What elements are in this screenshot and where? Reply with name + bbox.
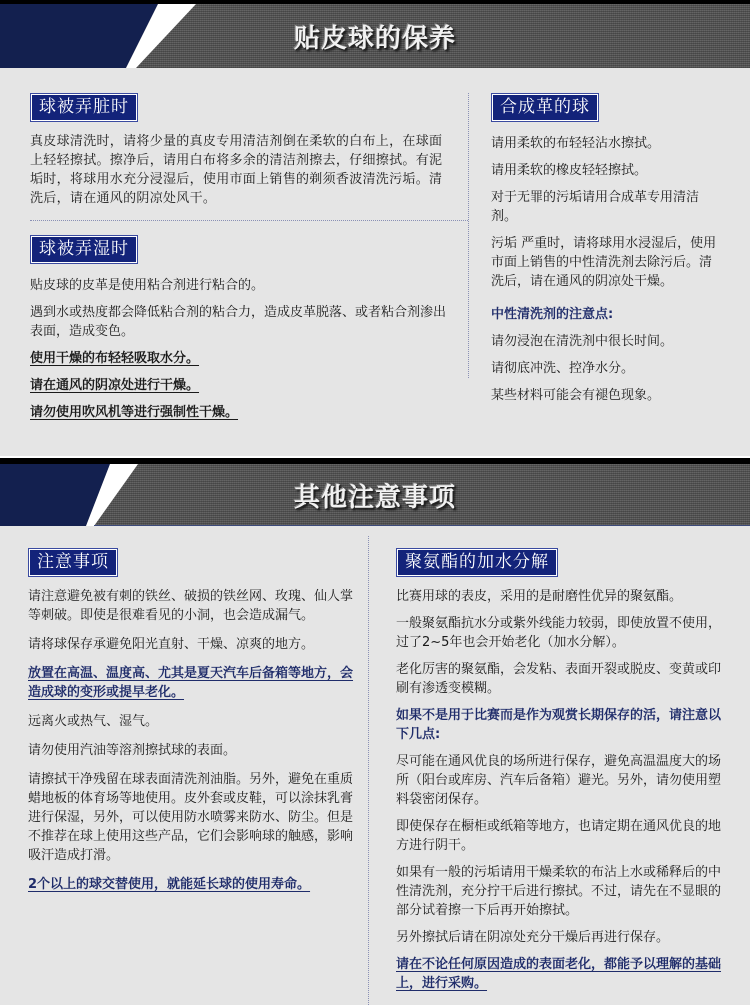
precaution-4: 远离火或热气、湿气。 — [28, 712, 353, 731]
banner-title: 贴皮球的保养 — [0, 4, 750, 68]
divider-vertical — [468, 93, 469, 378]
precaution-3: 放置在高温、温度高、尤其是夏天汽车后备箱等地方，会造成球的变形或提早老化。 — [28, 664, 353, 702]
divider-vertical — [368, 536, 369, 1005]
pu-paragraph-8: 另外擦拭后请在阴凉处充分干燥后再进行保存。 — [396, 928, 726, 947]
section-other-body: 注意事项 请注意避免被有刺的铁丝、破损的铁丝网、玫瑰、仙人掌等刺破。即使是很难看… — [0, 526, 750, 1005]
other-left-column: 注意事项 请注意避免被有刺的铁丝、破损的铁丝网、玫瑰、仙人掌等刺破。即使是很难看… — [28, 548, 353, 894]
care-left-column-2: 球被弄湿时 贴皮球的皮革是使用粘合剂进行粘合的。 遇到水或热度都会降低粘合剂的粘… — [30, 235, 450, 422]
pu-paragraph-2: 一般聚氨酯抗水分或紫外线能力较弱，即使放置不使用，过了2~5年也会开始老化（加水… — [396, 614, 726, 652]
block-wet: 球被弄湿时 贴皮球的皮革是使用粘合剂进行粘合的。 遇到水或热度都会降低粘合剂的粘… — [30, 235, 450, 422]
section-banner-care: 贴皮球的保养 — [0, 0, 750, 68]
care-left-column: 球被弄脏时 真皮球清洗时，请将少量的真皮专用清洁剂倒在柔软的白布上，在球面上轻轻… — [30, 93, 450, 208]
wet-tip-no-hairdryer: 请勿使用吹风机等进行强制性干燥。 — [30, 403, 450, 422]
divider-horizontal — [30, 220, 468, 221]
wet-tip-dry-cloth: 使用干燥的布轻轻吸取水分。 — [30, 349, 450, 368]
tag-polyurethane-hydrolysis: 聚氨酯的加水分解 — [396, 548, 558, 577]
wet-paragraph-2: 遇到水或热度都会降低粘合剂的粘合力，造成皮革脱落、或者粘合剂渗出表面，造成变色。 — [30, 303, 450, 341]
synthetic-paragraph-3: 对于无罪的污垢请用合成革专用清洁剂。 — [491, 188, 721, 226]
other-right-column: 聚氨酯的加水分解 比赛用球的表皮，采用的是耐磨性优异的聚氨酯。 一般聚氨酯抗水分… — [396, 548, 726, 993]
tag-precautions: 注意事项 — [28, 548, 118, 577]
pu-paragraph-7: 如果有一般的污垢请用干燥柔软的布沾上水或稀释后的中性清洗剂，充分拧干后进行擦拭。… — [396, 863, 726, 920]
tag-ball-dirty: 球被弄脏时 — [30, 93, 138, 122]
dirty-paragraph: 真皮球清洗时，请将少量的真皮专用清洁剂倒在柔软的白布上，在球面上轻轻擦拭。擦净后… — [30, 132, 450, 208]
pu-paragraph-5: 尽可能在通风优良的场所进行保存，避免高温温度大的场所（阳台或库房、汽车后备箱）避… — [396, 752, 726, 809]
precaution-6: 请擦拭干净残留在球表面清洗剂油脂。另外，避免在重质蜡地板的体育场等地使用。皮外套… — [28, 770, 353, 865]
section-banner-other: 其他注意事项 — [0, 458, 750, 526]
precaution-7: 2个以上的球交替使用，就能延长球的使用寿命。 — [28, 875, 353, 894]
care-right-column: 合成革的球 请用柔软的布轻轻沾水擦拭。 请用柔软的橡皮轻轻擦拭。 对于无罪的污垢… — [491, 93, 721, 405]
pu-paragraph-3: 老化厉害的聚氨酯，会发粘、表面开裂或脱皮、变黄或印刷有渗透变模糊。 — [396, 660, 726, 698]
synthetic-paragraph-4: 污垢 严重时，请将球用水浸湿后，使用市面上销售的中性清洗剂去除污后。清洗后，请在… — [491, 234, 721, 291]
block-dirty: 球被弄脏时 真皮球清洗时，请将少量的真皮专用清洁剂倒在柔软的白布上，在球面上轻轻… — [30, 93, 450, 208]
neutral-cleaner-heading: 中性清洗剂的注意点: — [491, 305, 721, 324]
pu-paragraph-6: 即使保存在橱柜或纸箱等地方，也请定期在通风优良的地方进行阴干。 — [396, 817, 726, 855]
neutral-note-2: 请彻底冲洗、控净水分。 — [491, 359, 721, 378]
precaution-2: 请将球保存承避免阳光直射、干燥、凉爽的地方。 — [28, 635, 353, 654]
precaution-1: 请注意避免被有刺的铁丝、破损的铁丝网、玫瑰、仙人掌等刺破。即使是很难看见的小洞，… — [28, 587, 353, 625]
section-care-body: 球被弄脏时 真皮球清洗时，请将少量的真皮专用清洁剂倒在柔软的白布上，在球面上轻轻… — [0, 68, 750, 456]
neutral-note-3: 某些材料可能会有褪色现象。 — [491, 386, 721, 405]
precaution-5: 请勿使用汽油等溶剂擦拭球的表面。 — [28, 741, 353, 760]
synthetic-paragraph-2: 请用柔软的橡皮轻轻擦拭。 — [491, 161, 721, 180]
pu-paragraph-1: 比赛用球的表皮，采用的是耐磨性优异的聚氨酯。 — [396, 587, 726, 606]
tag-synthetic-leather: 合成革的球 — [491, 93, 599, 122]
neutral-note-1: 请勿浸泡在清洗剂中很长时间。 — [491, 332, 721, 351]
wet-tip-shade-dry: 请在通风的阴凉处进行干燥。 — [30, 376, 450, 395]
synthetic-paragraph-1: 请用柔软的布轻轻沾水擦拭。 — [491, 134, 721, 153]
tag-ball-wet: 球被弄湿时 — [30, 235, 138, 264]
wet-paragraph-1: 贴皮球的皮革是使用粘合剂进行粘合的。 — [30, 276, 450, 295]
banner-title: 其他注意事项 — [0, 464, 750, 526]
pu-storage-heading: 如果不是用于比赛而是作为观赏长期保存的活，请注意以下几点: — [396, 706, 726, 744]
pu-purchase-note: 请在不论任何原因造成的表面老化，都能予以理解的基础上，进行采购。 — [396, 955, 726, 993]
